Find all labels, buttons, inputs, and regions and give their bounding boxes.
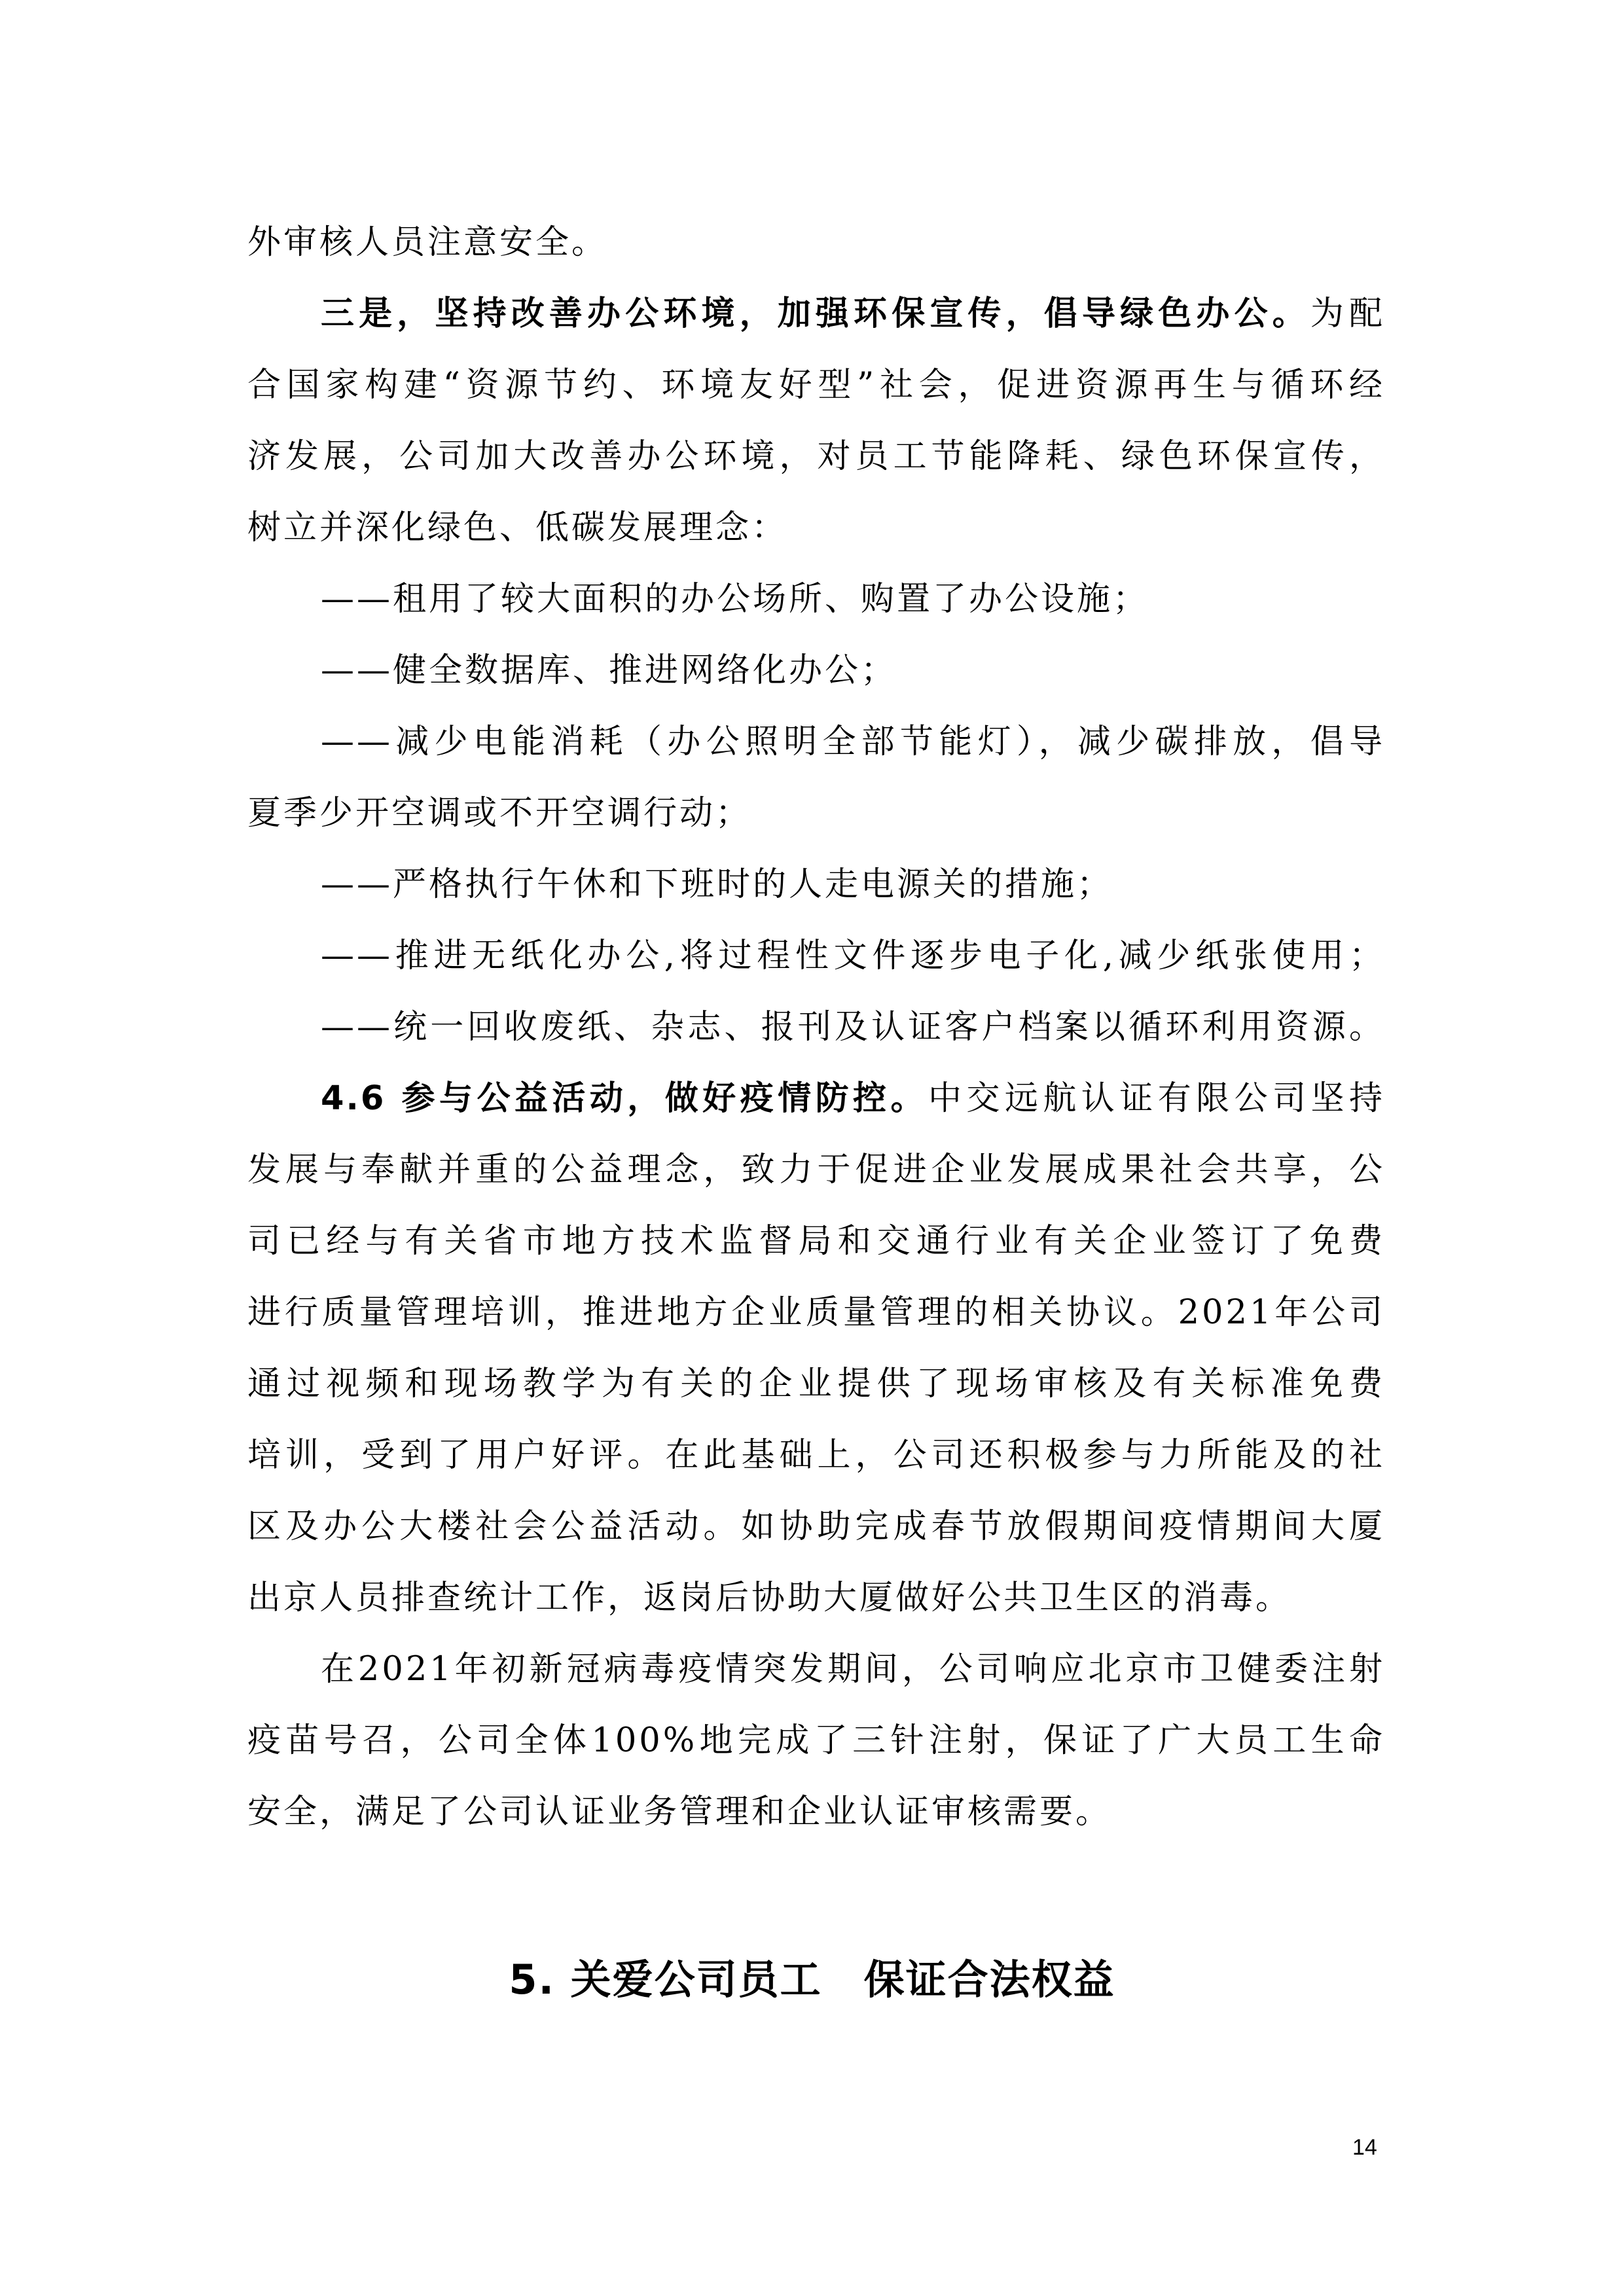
paragraph-public-welfare-line-1: 4.6 参与公益活动，做好疫情防控。中交远航认证有限公司坚持 [247, 1063, 1385, 1134]
text-line: 区及办公大楼社会公益活动。如协助完成春节放假期间疫情期间大厦 [247, 1491, 1385, 1562]
text-line: 外审核人员注意安全。 [247, 207, 1385, 278]
dash-list-item: ——租用了较大面积的办公场所、购置了办公设施； [247, 564, 1385, 635]
dash-list-item: ——推进无纸化办公,将过程性文件逐步电子化,减少纸张使用； [247, 920, 1385, 992]
text-line: 出京人员排查统计工作，返岗后协助大厦做好公共卫生区的消毒。 [247, 1562, 1385, 1634]
section-heading: 5. 关爱公司员工 保证合法权益 [0, 1947, 1624, 2005]
text-line: 树立并深化绿色、低碳发展理念： [247, 492, 1385, 564]
dash-list-item-continuation: 夏季少开空调或不开空调行动； [247, 778, 1385, 849]
text-line: 疫苗号召，公司全体100%地完成了三针注射，保证了广大员工生命 [247, 1705, 1385, 1776]
bold-lead-green-office: 三是，坚持改善办公环境，加强环保宣传，倡导绿色办公。 [321, 295, 1310, 333]
text-line: 司已经与有关省市地方技术监督局和交通行业有关企业签订了免费 [247, 1206, 1385, 1277]
dash-list-item: ——严格执行午休和下班时的人走电源关的措施； [247, 849, 1385, 920]
text-line: 通过视频和现场教学为有关的企业提供了现场审核及有关标准免费 [247, 1348, 1385, 1420]
bold-lead-public-welfare: 4.6 参与公益活动，做好疫情防控。 [321, 1079, 928, 1118]
text-run: 为配 [1310, 295, 1385, 333]
text-line: 进行质量管理培训，推进地方企业质量管理的相关协议。2021年公司 [247, 1277, 1385, 1348]
text-line: 在2021年初新冠病毒疫情突发期间，公司响应北京市卫健委注射 [247, 1634, 1385, 1705]
paragraph-green-office-line-1: 三是，坚持改善办公环境，加强环保宣传，倡导绿色办公。为配 [247, 278, 1385, 350]
text-line: 济发展，公司加大改善办公环境，对员工节能降耗、绿色环保宣传， [247, 421, 1385, 492]
document-page: 外审核人员注意安全。 三是，坚持改善办公环境，加强环保宣传，倡导绿色办公。为配 … [0, 0, 1624, 2296]
text-run: 中交远航认证有限公司坚持 [928, 1079, 1385, 1118]
text-line: 发展与奉献并重的公益理念，致力于促进企业发展成果社会共享，公 [247, 1134, 1385, 1206]
dash-list-item: ——减少电能消耗（办公照明全部节能灯），减少碳排放，倡导 [247, 706, 1385, 778]
dash-list-item: ——健全数据库、推进网络化办公； [247, 635, 1385, 706]
text-line: 安全，满足了公司认证业务管理和企业认证审核需要。 [247, 1776, 1385, 1848]
text-line: 合国家构建“资源节约、环境友好型”社会，促进资源再生与循环经 [247, 350, 1385, 421]
page-number: 14 [1352, 2135, 1377, 2161]
text-line: 培训，受到了用户好评。在此基础上，公司还积极参与力所能及的社 [247, 1420, 1385, 1491]
dash-list-item: ——统一回收废纸、杂志、报刊及认证客户档案以循环利用资源。 [247, 992, 1385, 1063]
body-text: 外审核人员注意安全。 三是，坚持改善办公环境，加强环保宣传，倡导绿色办公。为配 … [247, 207, 1385, 1848]
